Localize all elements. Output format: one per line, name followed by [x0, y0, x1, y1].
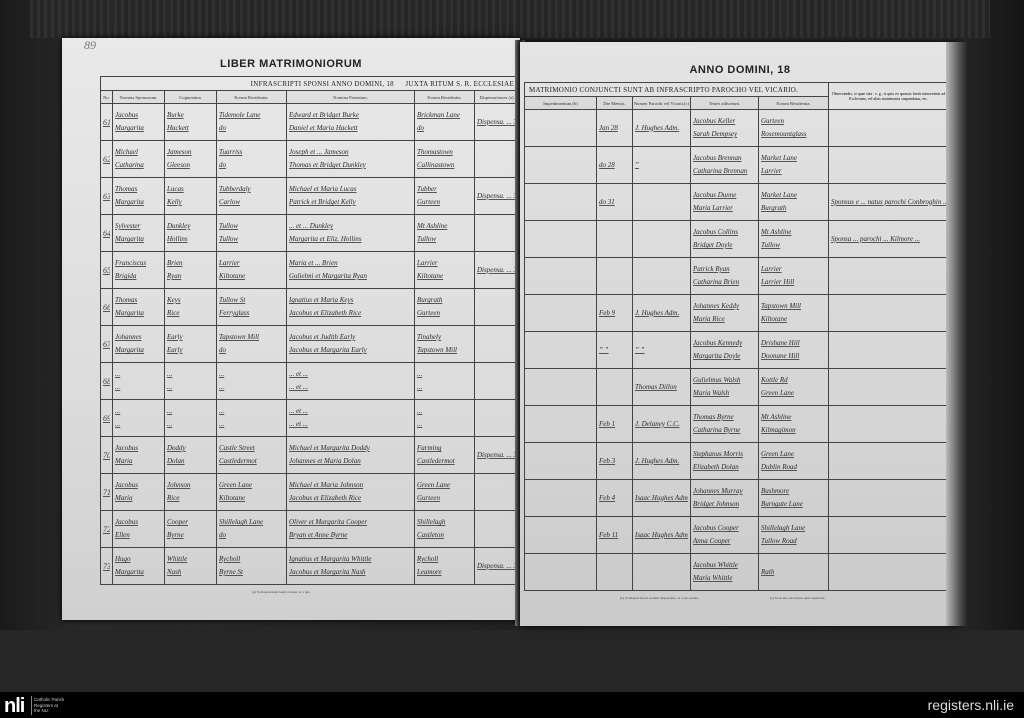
span-header: MATRIMONIO CONJUNCTI SUNT AB INFRASCRIPT… [525, 83, 829, 97]
nli-logo[interactable]: nli [4, 696, 24, 716]
table-row: Jacobus WhittleMaria WhittleRath [525, 554, 949, 591]
logo-divider [31, 696, 32, 715]
parents-residence: Green LaneGurteen [415, 474, 475, 511]
handwritten-text: ... et ... Dunkley [289, 220, 412, 233]
entry-number: 72 [101, 511, 113, 548]
table-row: Jacobus CollinsBridget DoyleMt AshlineTu… [525, 221, 949, 258]
handwritten-text: ... [417, 368, 472, 381]
witnesses-residence: Shillelagh LaneTullow Road [759, 517, 829, 554]
observations [829, 258, 949, 295]
table-row: Jan 28J. Hughes Adm.Jacobus KellerSarah … [525, 110, 949, 147]
handwritten-text: Ignatius et Margarita Whittle [289, 553, 412, 566]
handwritten-text: Byrne St [219, 566, 284, 579]
sponsor-surnames: LucasKelly [165, 178, 217, 215]
handwritten-text: Larrier [417, 257, 472, 270]
impediment [525, 369, 597, 406]
parents-names: Ignatius et Margarita WhittleJacobus et … [287, 548, 415, 585]
entry-number: 64 [101, 215, 113, 252]
sponsor-residence: Shillelagh Lanedo [217, 511, 287, 548]
handwritten-text: Joseph et ... Jameson [289, 146, 412, 159]
sponsor-residence: TubberdalyCarlow [217, 178, 287, 215]
dispensation: Dispensa. ... 3rd C. D. [475, 437, 519, 474]
parents-residence: FarmingCastledermot [415, 437, 475, 474]
handwritten-text: Margarita Doyle [693, 350, 756, 363]
handwritten-text: Catharina Brennan [693, 165, 756, 178]
right-register-page: ANNO DOMINI, 18 MATRIMONIO CONJUNCTI SUN… [520, 42, 960, 626]
handwritten-text: Johannes [115, 331, 162, 344]
handwritten-text: Kiltotane [761, 313, 826, 326]
sponsor-surnames: CooperByrne [165, 511, 217, 548]
dispensation [475, 141, 519, 178]
handwritten-text: Green Lane [417, 479, 472, 492]
dispensation [475, 474, 519, 511]
priest-name: J. Hughes Adm. [633, 443, 691, 480]
handwritten-text: Jacobus et Elizabeth Rice [289, 492, 412, 505]
table-row: 71JacobusMariaJohnsonRiceGreen LaneKilto… [101, 474, 519, 511]
priest-name: ” ” [633, 332, 691, 369]
handwritten-text: Kiltotane [219, 492, 284, 505]
sponsor-names: JacobusEllen [113, 511, 165, 548]
entry-number: 73 [101, 548, 113, 585]
handwritten-text: Burgrath [761, 202, 826, 215]
handwritten-text: Early [167, 331, 214, 344]
handwritten-text: Jacobus Collins [693, 226, 756, 239]
witnesses: Jacobus WhittleMaria Whittle [691, 554, 759, 591]
handwritten-text: Johannes Murray [693, 485, 756, 498]
observations [829, 110, 949, 147]
witnesses-residence: Mt AshlineTullow [759, 221, 829, 258]
parents-names: ... et ...... et ... [287, 400, 415, 437]
handwritten-text: Gulielmi et Margarita Ryan [289, 270, 412, 283]
handwritten-text: Margarita [115, 233, 162, 246]
witnesses: Patrick RyanCatharina Brien [691, 258, 759, 295]
parents-names: Joseph et ... JamesonThomas et Bridget D… [287, 141, 415, 178]
handwritten-text: do [219, 344, 284, 357]
impediment [525, 110, 597, 147]
sponsor-residence: Tapstown Milldo [217, 326, 287, 363]
sponsor-residence: Tullow StFerryglass [217, 289, 287, 326]
sponsor-residence: Green LaneKiltotane [217, 474, 287, 511]
sponsor-surnames: WhittleNash [165, 548, 217, 585]
handwritten-text: Tullow Road [761, 535, 826, 548]
priest-name [633, 258, 691, 295]
handwritten-text: Bridget Doyle [693, 239, 756, 252]
parents-names: Maria et ... BrienGulielmi et Margarita … [287, 252, 415, 289]
sponsor-names: JohannesMargarita [113, 326, 165, 363]
handwritten-text: Jacobus et Elizabeth Rice [289, 307, 412, 320]
impediment [525, 480, 597, 517]
witnesses-residence: Market LaneBurgrath [759, 184, 829, 221]
parents-names: Jacobus et Judith EarlyJacobus et Margar… [287, 326, 415, 363]
handwritten-text: Market Lane [761, 152, 826, 165]
marriage-date: Jan 28 [597, 110, 633, 147]
table-row: Thomas DillonGulielmus WalshMaria WalshK… [525, 369, 949, 406]
handwritten-text: Gurteen [417, 307, 472, 320]
handwritten-text: Maria [115, 455, 162, 468]
impediment [525, 295, 597, 332]
table-row: 69..................... et ...... et ...… [101, 400, 519, 437]
handwritten-text: Catharina Byrne [693, 424, 756, 437]
handwritten-text: Jacobus et Margarita Nash [289, 566, 412, 579]
handwritten-text: do 31 [599, 196, 630, 209]
parents-names: Ignatius et Maria KeysJacobus et Elizabe… [287, 289, 415, 326]
handwritten-text: Feb 4 [599, 492, 630, 505]
handwritten-text: Tinahely [417, 331, 472, 344]
handwritten-text: Bushmore [761, 485, 826, 498]
entry-number: 66 [101, 289, 113, 326]
handwritten-text: Patrick et Bridget Kelly [289, 196, 412, 209]
table-row: do 28”Jacobus BrennanCatharina BrennanMa… [525, 147, 949, 184]
book-edge [946, 42, 968, 626]
parents-residence: TinahelyTapstown Mill [415, 326, 475, 363]
handwritten-text: ... [115, 368, 162, 381]
handwritten-text: Brickman Lane [417, 109, 472, 122]
sponsor-surnames: BrienRyan [165, 252, 217, 289]
marriage-register-table-right: MATRIMONIO CONJUNCTI SUNT AB INFRASCRIPT… [524, 82, 949, 591]
witnesses-residence: GurteenRosemountglass [759, 110, 829, 147]
handwritten-text: 67 [103, 338, 110, 351]
observations-header: Observandis, si quae sint : v. g., si qu… [829, 83, 949, 110]
priest-name: J. Delaney C.C. [633, 406, 691, 443]
marriage-register-table-left: INFRASCRIPTI SPONSI ANNO DOMINI, 18 JUXT… [100, 76, 519, 585]
handwritten-text: Green Lane [219, 479, 284, 492]
table-row: 63ThomasMargaritaLucasKellyTubberdalyCar… [101, 178, 519, 215]
handwritten-text: Castle Street [219, 442, 284, 455]
handwritten-text: 73 [103, 560, 110, 573]
handwritten-text: Brigida [115, 270, 162, 283]
handwritten-text: Carlow [219, 196, 284, 209]
handwritten-text: Jacobus Kennedy [693, 337, 756, 350]
handwritten-text: Jacobus [115, 479, 162, 492]
footnote-c: (c) Si sit alia, inscriptas quos deputav… [770, 596, 825, 600]
entry-number: 69 [101, 400, 113, 437]
handwritten-text: Michael [115, 146, 162, 159]
handwritten-text: Gurteen [417, 492, 472, 505]
witnesses: Jacobus CooperAnna Cooper [691, 517, 759, 554]
impediment [525, 554, 597, 591]
entry-number: 70 [101, 437, 113, 474]
handwritten-text: Hollins [167, 233, 214, 246]
parents-residence: Mt AshlineTullow [415, 215, 475, 252]
handwritten-text: ... [115, 405, 162, 418]
handwritten-text: 63 [103, 190, 110, 203]
witnesses: Jacobus KellerSarah Dempsey [691, 110, 759, 147]
handwritten-text: Feb 1 [599, 418, 630, 431]
parents-names: Michael et Margarita DoddyJohannes et Ma… [287, 437, 415, 474]
span-header: INFRASCRIPTI SPONSI ANNO DOMINI, 18 JUXT… [101, 77, 519, 91]
page-title: ANNO DOMINI, 18 [520, 64, 960, 76]
col-header-1: Die Mensis. [597, 97, 633, 110]
handwritten-text: ... [167, 418, 214, 431]
handwritten-text: Whittle [167, 553, 214, 566]
marriage-date [597, 258, 633, 295]
table-row: do 31Jacobus DunneMaria LarrierMarket La… [525, 184, 949, 221]
impediment [525, 258, 597, 295]
handwritten-text: Thomas Dillon [635, 381, 688, 394]
dispensation: Dispensa. ... 3rd C. D. [475, 178, 519, 215]
handwritten-text: ... [219, 405, 284, 418]
handwritten-text: Patrick Ryan [693, 263, 756, 276]
handwritten-text: Michael et Maria Johnson [289, 479, 412, 492]
handwritten-text: Margarita [115, 196, 162, 209]
handwritten-text: Ryan [167, 270, 214, 283]
sponsor-names: ThomasMargarita [113, 289, 165, 326]
col-header-4: Eorum Residentia. [759, 97, 829, 110]
handwritten-text: Gulielmus Walsh [693, 374, 756, 387]
handwritten-text: Maria et ... Brien [289, 257, 412, 270]
handwritten-text: Early [167, 344, 214, 357]
handwritten-text: Thomastown [417, 146, 472, 159]
handwritten-text: Kilmagimon [761, 424, 826, 437]
handwritten-text: Green Lane [761, 448, 826, 461]
handwritten-text: 66 [103, 301, 110, 314]
handwritten-text: Larrier Hill [761, 276, 826, 289]
sponsor-surnames: EarlyEarly [165, 326, 217, 363]
impediment [525, 443, 597, 480]
observations [829, 406, 949, 443]
witnesses: Stephanus MorrisElizabeth Dolan [691, 443, 759, 480]
handwritten-text: Jacobus Keller [693, 115, 756, 128]
handwritten-text: Burke [167, 109, 214, 122]
col-header-3: Nomina Parentum. [287, 91, 415, 104]
entry-number: 63 [101, 178, 113, 215]
dispensation: Dispensa. ... 3rd C. D. [475, 252, 519, 289]
observations: Sponsus e ... natus parochi Conbroghin .… [829, 184, 949, 221]
dispensation: Dispensa. ... 3rd C. D. [475, 104, 519, 141]
marriage-date: do 28 [597, 147, 633, 184]
handwritten-text: ... [115, 381, 162, 394]
handwritten-text: Rosemountglass [761, 128, 826, 141]
handwritten-text: 65 [103, 264, 110, 277]
handwritten-text: ... et ... [289, 418, 412, 431]
table-row: ” ”” ”Jacobus KennedyMargarita DoyleDris… [525, 332, 949, 369]
impediment [525, 147, 597, 184]
handwritten-text: Dispensa. ... 3rd C. D. [477, 449, 516, 462]
witnesses: Jacobus BrennanCatharina Brennan [691, 147, 759, 184]
logo-caption: Catholic Parish Registers at the NLI [34, 697, 64, 714]
handwritten-text: ... [115, 418, 162, 431]
handwritten-text: 71 [103, 486, 110, 499]
handwritten-text: J. Delaney C.C. [635, 418, 688, 431]
handwritten-text: Franciscus [115, 257, 162, 270]
sponsor-surnames: BurkeHackett [165, 104, 217, 141]
priest-name [633, 554, 691, 591]
table-row: 68..................... et ...... et ...… [101, 363, 519, 400]
handwritten-text: Burgrath [417, 294, 472, 307]
handwritten-text: Jameson [167, 146, 214, 159]
marriage-date: do 31 [597, 184, 633, 221]
handwritten-text: Castledermot [219, 455, 284, 468]
handwritten-text: Johnson [167, 479, 214, 492]
handwritten-text: Tubberdaly [219, 183, 284, 196]
witnesses: Jacobus DunneMaria Larrier [691, 184, 759, 221]
handwritten-text: Dispensa. ... 3rd C. D. [477, 264, 516, 277]
handwritten-text: 62 [103, 153, 110, 166]
handwritten-text: Anna Cooper [693, 535, 756, 548]
table-row: Feb 3J. Hughes Adm.Stephanus MorrisEliza… [525, 443, 949, 480]
handwritten-text: 61 [103, 116, 110, 129]
handwritten-text: Mt Ashline [417, 220, 472, 233]
handwritten-text: Jacobus Dunne [693, 189, 756, 202]
handwritten-text: Dispensa. ... 3rd C. D. [477, 116, 516, 129]
handwritten-text: Maria Walsh [693, 387, 756, 400]
sponsor-surnames: JohnsonRice [165, 474, 217, 511]
handwritten-text: ... [417, 381, 472, 394]
handwritten-text: Kottle Rd [761, 374, 826, 387]
handwritten-text: J. Hughes Adm. [635, 122, 688, 135]
footnote: (a) Si dispensatum fuerit notetur, et a … [252, 590, 311, 594]
handwritten-text: Michael et Maria Lucas [289, 183, 412, 196]
handwritten-text: Jacobus Cooper [693, 522, 756, 535]
handwritten-text: ... [219, 368, 284, 381]
col-header-0: Impedimentum.(b) [525, 97, 597, 110]
handwritten-text: Kiltotane [219, 270, 284, 283]
witnesses-residence: BushmoreBurngate Lane [759, 480, 829, 517]
handwritten-text: Jacobus et Margarita Early [289, 344, 412, 357]
handwritten-text: Mt Ashline [761, 411, 826, 424]
handwritten-text: Cooper [167, 516, 214, 529]
entry-number: 71 [101, 474, 113, 511]
handwritten-text: do [219, 529, 284, 542]
sponsor-surnames: ...... [165, 363, 217, 400]
sponsor-residence: Castle StreetCastledermot [217, 437, 287, 474]
parents-residence: LarrierKiltotane [415, 252, 475, 289]
handwritten-text: ... et ... [289, 368, 412, 381]
sponsor-residence: ...... [217, 400, 287, 437]
handwritten-text: Keys [167, 294, 214, 307]
handwritten-text: Margarita [115, 344, 162, 357]
sponsor-surnames: JamesonGleeson [165, 141, 217, 178]
table-row: 67JohannesMargaritaEarlyEarlyTapstown Mi… [101, 326, 519, 363]
sponsor-surnames: DoddyDolan [165, 437, 217, 474]
entry-number: 62 [101, 141, 113, 178]
impediment [525, 517, 597, 554]
col-header-2: Eorum Residentia. [217, 91, 287, 104]
sponsor-names: ...... [113, 363, 165, 400]
handwritten-text: do 28 [599, 159, 630, 172]
observations [829, 443, 949, 480]
priest-name: Isaac Hughes Adm. [633, 517, 691, 554]
handwritten-text: Thomas [115, 183, 162, 196]
handwritten-text: Callinastown [417, 159, 472, 172]
handwritten-text: Tullow [219, 220, 284, 233]
handwritten-text: Shillelagh Lane [219, 516, 284, 529]
handwritten-text: Castleton [417, 529, 472, 542]
handwritten-text: Thomas Byrne [693, 411, 756, 424]
handwritten-text: J. Hughes Adm. [635, 307, 688, 320]
handwritten-text: Dunkley [167, 220, 214, 233]
table-row: 65FranciscusBrigidaBrienRyanLarrierKilto… [101, 252, 519, 289]
handwritten-text: Jacobus [115, 516, 162, 529]
witnesses-residence: Mt AshlineKilmagimon [759, 406, 829, 443]
parents-names: Michael et Maria LucasPatrick et Bridget… [287, 178, 415, 215]
handwritten-text: ... et ... [289, 381, 412, 394]
handwritten-text: Byrne [167, 529, 214, 542]
handwritten-text: Kelly [167, 196, 214, 209]
viewer-footer: nli Catholic Parish Registers at the NLI… [0, 692, 1024, 718]
handwritten-text: ... [167, 381, 214, 394]
handwritten-text: Bridget Johnson [693, 498, 756, 511]
handwritten-text: Catharina [115, 159, 162, 172]
handwritten-text: Leamore [417, 566, 472, 579]
dispensation [475, 400, 519, 437]
handwritten-text: Larrier [219, 257, 284, 270]
handwritten-text: Farming [417, 442, 472, 455]
marriage-date: ” ” [597, 332, 633, 369]
handwritten-text: do [219, 122, 284, 135]
table-row: Feb 1J. Delaney C.C.Thomas ByrneCatharin… [525, 406, 949, 443]
handwritten-text: Jacobus Brennan [693, 152, 756, 165]
sponsor-residence: TullowTullow [217, 215, 287, 252]
handwritten-text: ” ” [635, 344, 688, 357]
dispensation [475, 289, 519, 326]
parents-names: Edward et Bridget BurkeDaniel et Maria H… [287, 104, 415, 141]
sponsor-residence: Tuarrissdo [217, 141, 287, 178]
sponsor-residence: LarrierKiltotane [217, 252, 287, 289]
handwritten-text: Dolan [167, 455, 214, 468]
col-header-4: Eorum Residentia. [415, 91, 475, 104]
handwritten-text: Sponsus e ... natus parochi Conbroghin .… [831, 196, 946, 209]
handwritten-text: ” ” [599, 344, 630, 357]
parents-names: Michael et Maria JohnsonJacobus et Eliza… [287, 474, 415, 511]
handwritten-text: Sarah Dempsey [693, 128, 756, 141]
observations [829, 554, 949, 591]
handwritten-text: do [417, 122, 472, 135]
table-row: Feb 9J. Hughes Adm.Johannes KeddyMaria R… [525, 295, 949, 332]
handwritten-text: Johannes Keddy [693, 300, 756, 313]
site-link[interactable]: registers.nli.ie [928, 697, 1014, 713]
sponsor-residence: ...... [217, 363, 287, 400]
handwritten-text: Tullow [761, 239, 826, 252]
col-header-1: Cognomina. [165, 91, 217, 104]
priest-name [633, 184, 691, 221]
parents-names: ... et ... DunkleyMargarita et Eliz. Hol… [287, 215, 415, 252]
witnesses-residence: Rath [759, 554, 829, 591]
sponsor-surnames: DunkleyHollins [165, 215, 217, 252]
marriage-date: Feb 11 [597, 517, 633, 554]
observations [829, 332, 949, 369]
parents-residence: ...... [415, 363, 475, 400]
parents-names: Oliver et Margarita CooperBryan et Anne … [287, 511, 415, 548]
handwritten-text: do [219, 159, 284, 172]
handwritten-text: Maria Whittle [693, 572, 756, 585]
parents-residence: ...... [415, 400, 475, 437]
handwritten-text: Gleeson [167, 159, 214, 172]
handwritten-text: ... [417, 418, 472, 431]
sponsor-names: MichaelCatharina [113, 141, 165, 178]
handwritten-text: Kiltotane [417, 270, 472, 283]
parents-residence: ThomastownCallinastown [415, 141, 475, 178]
sponsor-surnames: ...... [165, 400, 217, 437]
priest-name: J. Hughes Adm. [633, 295, 691, 332]
table-row: 70JacobusMariaDoddyDolanCastle StreetCas… [101, 437, 519, 474]
handwritten-text: Feb 11 [599, 529, 630, 542]
parents-residence: ShillelaghCastleton [415, 511, 475, 548]
witnesses-residence: LarrierLarrier Hill [759, 258, 829, 295]
parents-residence: TubberGurteen [415, 178, 475, 215]
handwritten-text: Maria Larrier [693, 202, 756, 215]
handwritten-text: Doddy [167, 442, 214, 455]
handwritten-text: Margarita [115, 307, 162, 320]
handwritten-text: ... [167, 405, 214, 418]
table-row: Feb 4Isaac Hughes Adm.Johannes MurrayBri… [525, 480, 949, 517]
handwritten-text: Hackett [167, 122, 214, 135]
handwritten-text: Maria Rice [693, 313, 756, 326]
handwritten-text: Ellen [115, 529, 162, 542]
handwritten-text: Margarita [115, 566, 162, 579]
handwritten-text: Johannes et Maria Dolan [289, 455, 412, 468]
handwritten-text: Larrier [761, 263, 826, 276]
